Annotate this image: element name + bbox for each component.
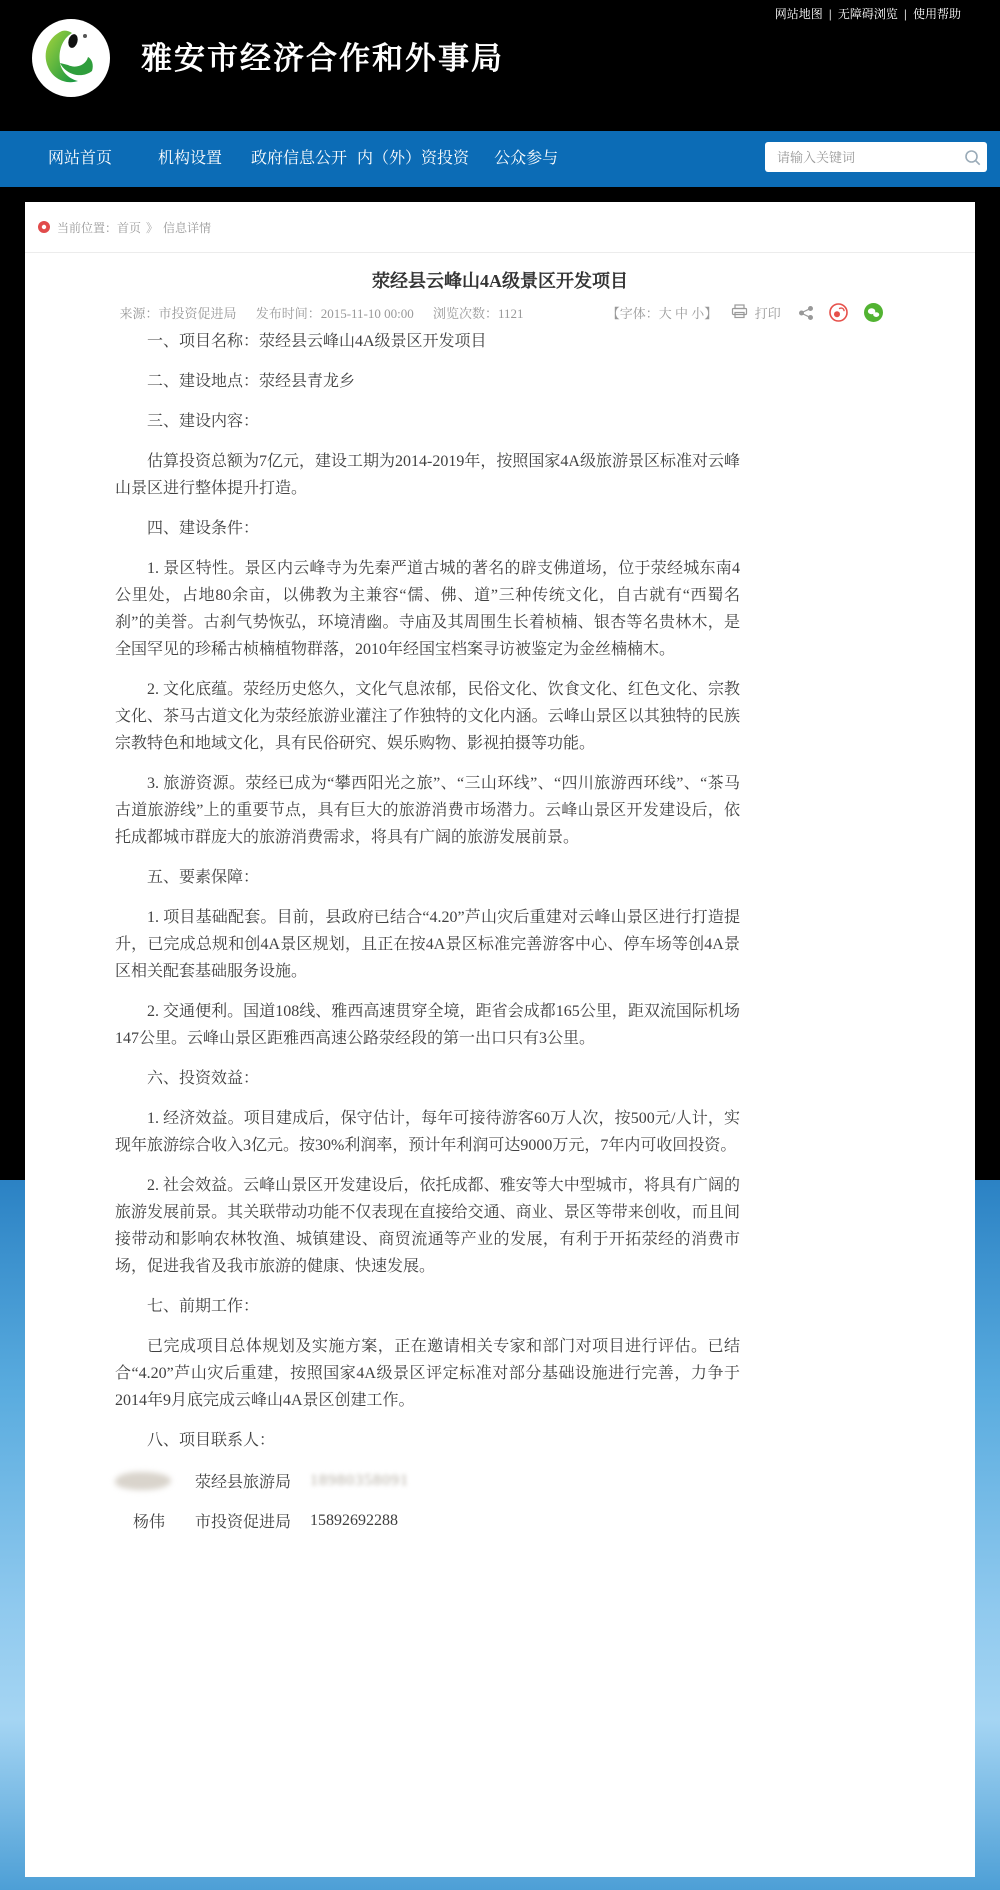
- article-paragraph: 2. 交通便利。国道108线、雅西高速贯穿全境，距省会成都165公里，距双流国际…: [115, 998, 740, 1052]
- article-paragraph: 1. 景区特性。景区内云峰寺为先秦严道古城的著名的辟支佛道场，位于荥经城东南4公…: [115, 555, 740, 663]
- contact-phone: 18980358091: [310, 1472, 409, 1490]
- site-header: 网站地图|无障碍浏览|使用帮助 雅安市经济合作和外事局: [0, 0, 1000, 131]
- contact-name: 杨伟: [115, 1509, 195, 1532]
- contact-phone: 15892692288: [310, 1512, 398, 1530]
- nav-item-0[interactable]: 网站首页: [48, 131, 112, 187]
- search-button[interactable]: [957, 142, 987, 172]
- article-paragraph: 三、建设内容：: [115, 408, 740, 435]
- breadcrumb-current[interactable]: 信息详情: [163, 219, 211, 236]
- article-paragraph: 八、项目联系人：: [115, 1427, 740, 1454]
- font-size-control[interactable]: 【字体：大 中 小】: [607, 306, 718, 321]
- article-paragraph: 四、建设条件：: [115, 515, 740, 542]
- breadcrumb-label: 当前位置：: [57, 219, 117, 236]
- search-input[interactable]: [765, 150, 957, 165]
- meta-source: 来源：市投资促进局: [119, 306, 236, 321]
- article-body: 一、项目名称：荥经县云峰山4A级景区开发项目二、建设地点：荥经县青龙乡三、建设内…: [115, 328, 740, 1454]
- breadcrumb-separator: 》: [146, 219, 158, 236]
- contact-row: 荥经县旅游局18980358091: [115, 1467, 740, 1494]
- content-panel: 当前位置： 首页 》 信息详情 荥经县云峰山4A级景区开发项目 来源：市投资促进…: [25, 202, 975, 1877]
- redacted-name: [115, 1472, 171, 1490]
- article-paragraph: 六、投资效益：: [115, 1065, 740, 1092]
- top-link-separator: |: [829, 7, 832, 21]
- nav-menu: 网站首页机构设置政府信息公开内（外）资投资公众参与: [0, 131, 558, 187]
- article-paragraph: 3. 旅游资源。荥经已成为“攀西阳光之旅”、“三山环线”、“四川旅游西环线”、“…: [115, 770, 740, 851]
- site-title: 雅安市经济合作和外事局: [141, 33, 504, 78]
- nav-item-4[interactable]: 公众参与: [494, 131, 558, 187]
- main-nav: 网站首页机构设置政府信息公开内（外）资投资公众参与: [0, 131, 1000, 187]
- article-meta: 来源：市投资促进局 发布时间：2015-11-10 00:00 浏览次数：112…: [25, 303, 975, 324]
- breadcrumb: 当前位置： 首页 》 信息详情: [25, 202, 975, 253]
- article-paragraph: 五、要素保障：: [115, 864, 740, 891]
- contact-row: 杨伟市投资促进局15892692288: [115, 1507, 740, 1534]
- contact-name: [115, 1472, 195, 1490]
- contact-org: 市投资促进局: [195, 1509, 310, 1532]
- location-pin-icon: [38, 221, 50, 233]
- article-paragraph: 2. 社会效益。云峰山景区开发建设后，依托成都、雅安等大中型城市，将具有广阔的旅…: [115, 1172, 740, 1280]
- search-icon: [964, 149, 981, 166]
- share-icon[interactable]: [796, 305, 816, 323]
- top-links: 网站地图|无障碍浏览|使用帮助: [769, 5, 967, 22]
- wechat-share-icon[interactable]: [862, 303, 885, 324]
- top-link-0[interactable]: 网站地图: [775, 7, 823, 21]
- printer-icon[interactable]: [731, 304, 748, 319]
- panda-leaf-logo-icon: [32, 19, 110, 97]
- nav-item-3[interactable]: 内（外）资投资: [357, 131, 469, 187]
- article-paragraph: 2. 文化底蕴。荥经历史悠久，文化气息浓郁，民俗文化、饮食文化、红色文化、宗教文…: [115, 676, 740, 757]
- article-paragraph: 已完成项目总体规划及实施方案，正在邀请相关专家和部门对项目进行评估。已结合“4.…: [115, 1333, 740, 1414]
- contact-org: 荥经县旅游局: [195, 1469, 310, 1492]
- print-button[interactable]: 打印: [755, 306, 781, 321]
- article-paragraph: 估算投资总额为7亿元，建设工期为2014-2019年，按照国家4A级旅游景区标准…: [115, 448, 740, 502]
- article-title: 荥经县云峰山4A级景区开发项目: [25, 267, 975, 295]
- contact-list: 荥经县旅游局18980358091杨伟市投资促进局15892692288: [115, 1467, 740, 1534]
- meta-views: 浏览次数：1121: [433, 306, 524, 321]
- article-paragraph: 一、项目名称：荥经县云峰山4A级景区开发项目: [115, 328, 740, 355]
- top-link-2[interactable]: 使用帮助: [913, 7, 961, 21]
- nav-item-1[interactable]: 机构设置: [158, 131, 222, 187]
- site-logo[interactable]: [32, 19, 110, 97]
- article-paragraph: 二、建设地点：荥经县青龙乡: [115, 368, 740, 395]
- page: 网站地图|无障碍浏览|使用帮助 雅安市经济合作和外事局 网站首页机构设置政府信息…: [0, 0, 1000, 1890]
- top-link-1[interactable]: 无障碍浏览: [838, 7, 898, 21]
- meta-publish-time: 发布时间：2015-11-10 00:00: [256, 306, 414, 321]
- search-box: [765, 142, 987, 172]
- breadcrumb-home-link[interactable]: 首页: [117, 219, 141, 236]
- nav-item-2[interactable]: 政府信息公开: [251, 131, 347, 187]
- top-link-separator: |: [904, 7, 907, 21]
- article: 荥经县云峰山4A级景区开发项目 来源：市投资促进局 发布时间：2015-11-1…: [25, 267, 975, 1534]
- weibo-share-icon[interactable]: [827, 303, 850, 324]
- article-paragraph: 1. 项目基础配套。目前，县政府已结合“4.20”芦山灾后重建对云峰山景区进行打…: [115, 904, 740, 985]
- article-paragraph: 七、前期工作：: [115, 1293, 740, 1320]
- article-paragraph: 1. 经济效益。项目建成后，保守估计，每年可接待游客60万人次，按500元/人计…: [115, 1105, 740, 1159]
